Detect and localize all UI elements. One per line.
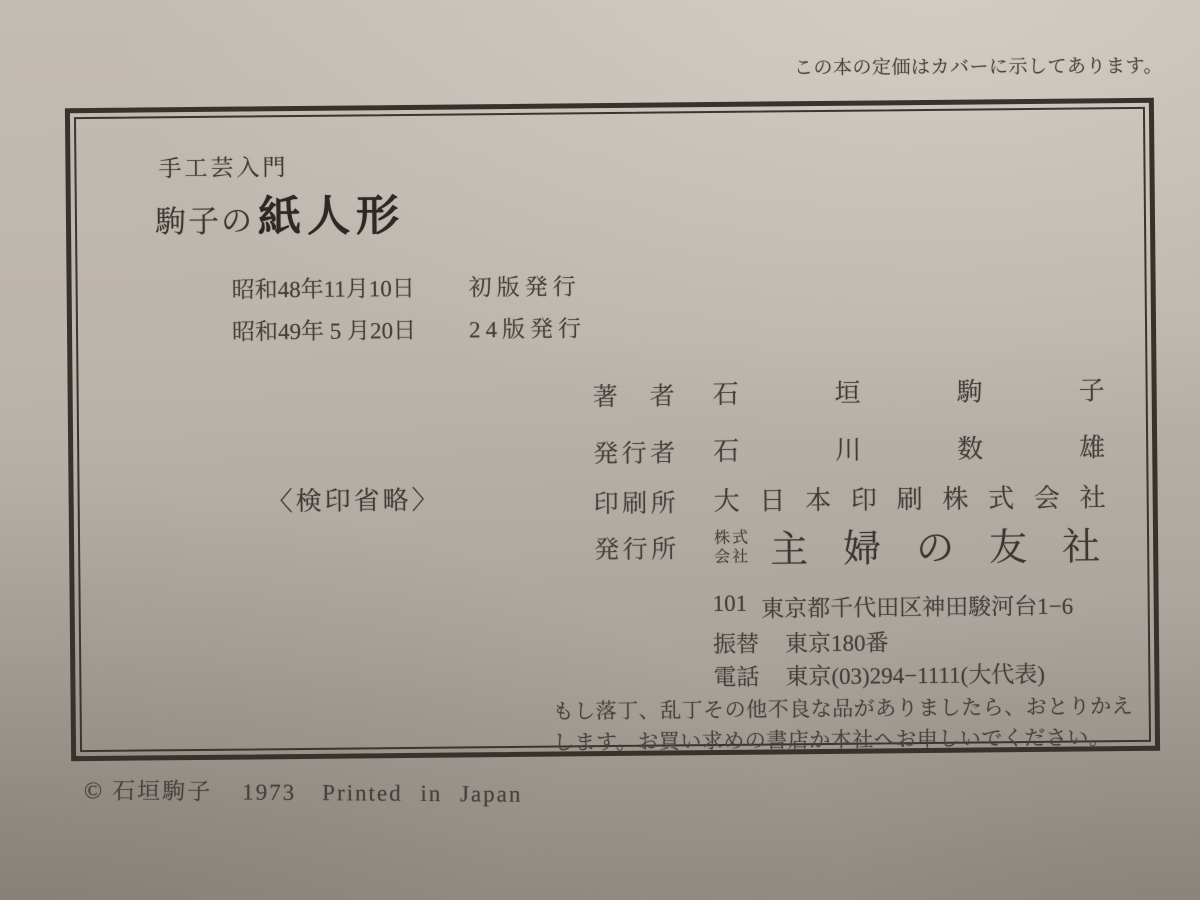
book-title-main: 紙人形 — [258, 182, 406, 244]
colophon-frame: 手工芸入門 駒子の 紙人形 昭和48年11月10日 初版発行 昭和49年 5 月… — [65, 98, 1160, 761]
corporation-prefix-top: 株式 — [714, 529, 760, 548]
credit-role-label: 印刷所 — [594, 483, 676, 520]
postal-transfer-line: 振替 東京180番 — [713, 624, 889, 659]
notice-line: します。お買い求めの書店か本社へお申しいでください。 — [553, 722, 1134, 759]
book-title: 駒子の 紙人形 — [155, 182, 406, 245]
edition-row-first: 昭和48年11月10日 初版発行 — [231, 268, 580, 304]
copyright-holder: 石垣駒子 — [112, 773, 212, 807]
credit-role-label: 著者 — [592, 376, 674, 413]
address-text: 東京都千代田区神田駿河台1−6 — [761, 588, 1073, 624]
seal-omission-note: 〈検印省略〉 — [266, 480, 440, 519]
edition-row-24th: 昭和49年 5 月20日 24版発行 — [232, 310, 586, 346]
credit-row-publisher-person: 発行者 石川数雄 — [593, 427, 1105, 470]
credit-name: 石川数雄 — [713, 427, 1105, 468]
corporation-prefix: 株式 会社 — [714, 529, 760, 567]
credit-role-label: 発行所 — [594, 529, 676, 566]
edition-label: 初版発行 — [468, 268, 580, 302]
credit-row-publishing-house: 発行所 株式 会社 主婦の友社 — [594, 523, 1100, 575]
series-title: 手工芸入門 — [158, 149, 288, 183]
publishing-house-name: 主婦の友社 — [770, 515, 1101, 573]
copyright-line: © 石垣駒子 1973 Printed in Japan — [84, 772, 523, 808]
furikae-label: 振替 — [713, 626, 759, 659]
publisher-address-line: 101 東京都千代田区神田駿河台1−6 — [713, 588, 1074, 624]
credit-row-printer: 印刷所 大日本印刷株式会社 — [594, 477, 1106, 520]
book-colophon-page-photo: この本の定価はカバーに示してあります。 手工芸入門 駒子の 紙人形 昭和48年1… — [0, 0, 1200, 900]
phone-label: 電話 — [713, 659, 759, 692]
book-title-prefix: 駒子の — [155, 195, 254, 241]
copyright-symbol: © — [84, 778, 102, 805]
edition-label: 24版発行 — [469, 310, 586, 344]
copyright-year: 1973 — [242, 780, 296, 806]
printed-in-japan-text: Printed in Japan — [322, 780, 522, 808]
defect-replacement-notice: もし落丁、乱丁その他不良な品がありましたら、おとりかえ します。お買い求めの書店… — [553, 691, 1134, 759]
price-notice-text: この本の定価はカバーに示してあります。 — [794, 51, 1163, 80]
phone-value: 東京(03)294−1111(大代表) — [785, 656, 1045, 691]
credit-name: 大日本印刷株式会社 — [713, 477, 1105, 518]
edition-date: 昭和49年 5 月20日 — [232, 312, 437, 347]
credit-role-label: 発行者 — [593, 433, 675, 470]
phone-line: 電話 東京(03)294−1111(大代表) — [713, 656, 1045, 692]
credit-row-author: 著者 石垣駒子 — [592, 370, 1104, 413]
edition-date: 昭和48年11月10日 — [231, 270, 436, 305]
furikae-value: 東京180番 — [785, 624, 889, 658]
credit-name: 石垣駒子 — [712, 370, 1104, 411]
corporation-prefix-bottom: 会社 — [714, 548, 760, 567]
postal-code: 101 — [713, 591, 748, 624]
